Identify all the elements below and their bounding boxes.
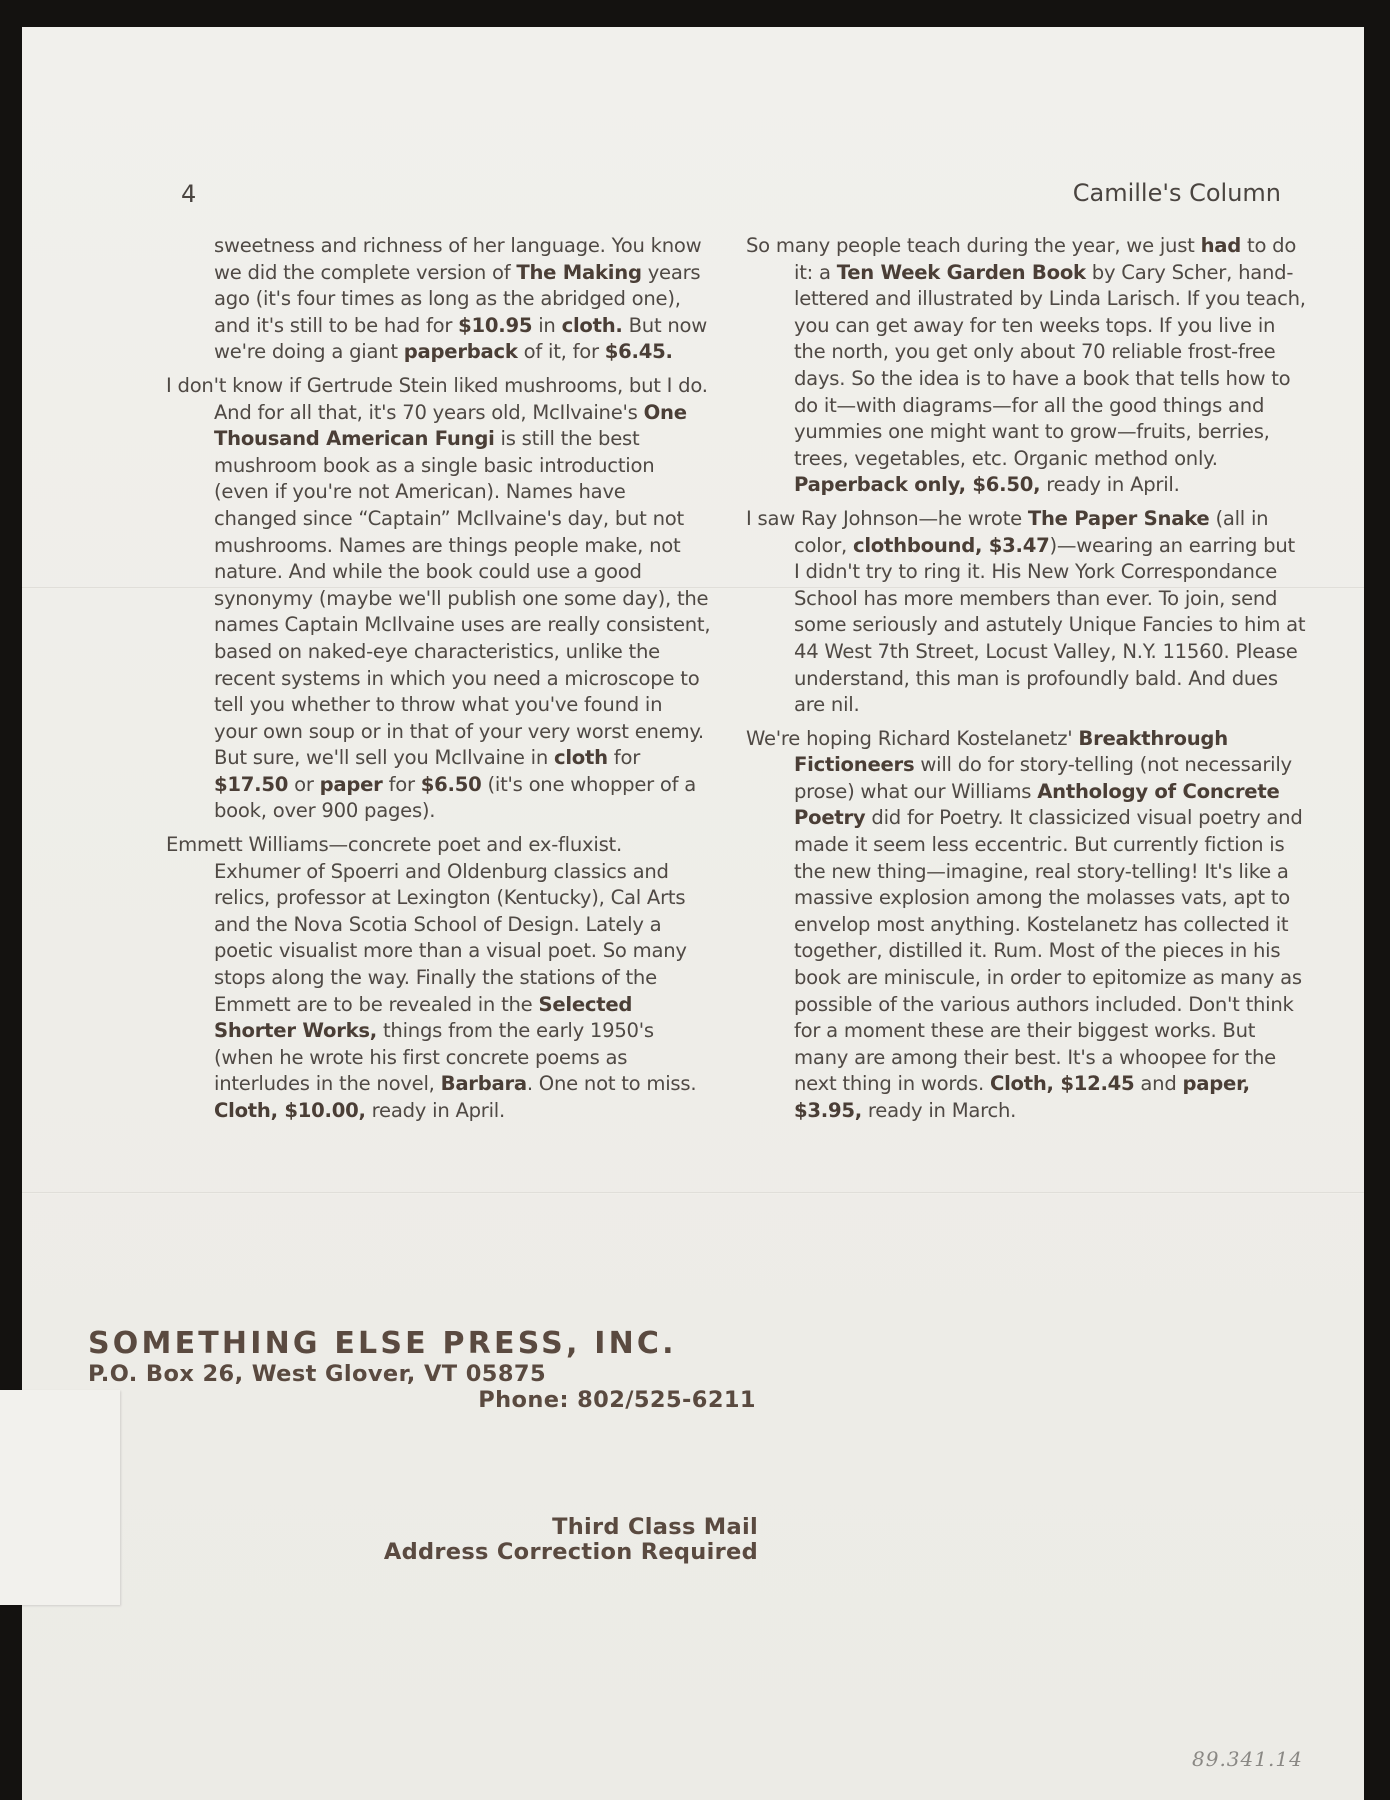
bold-title: paper [320, 773, 383, 796]
publisher-phone: Phone: 802/525-6211 [88, 1387, 756, 1413]
mailing-notice: Third Class Mail Address Correction Requ… [260, 1515, 758, 1565]
fold-crease-lower [22, 1192, 1364, 1194]
text-run: I don't know if Gertrude Stein liked mus… [166, 374, 708, 424]
text-run: )—wearing an earring but I didn't try to… [794, 534, 1305, 717]
text-run: for [608, 746, 640, 769]
bold-title: paperback [404, 340, 518, 363]
bold-title: Ten Week Garden Book [837, 261, 1086, 284]
text-run: or [288, 773, 320, 796]
text-run: for [383, 773, 421, 796]
article-paragraph: We're hoping Richard Kostelanetz' Breakt… [746, 726, 1306, 1125]
text-run: by Cary Scher, hand-lettered and illustr… [794, 261, 1306, 470]
text-run: in [532, 314, 561, 337]
article-paragraph: I don't know if Gertrude Stein liked mus… [166, 373, 711, 825]
bold-title: $6.50 [421, 773, 482, 796]
text-run: ready in March. [862, 1099, 1016, 1122]
article-paragraph: I saw Ray Johnson—he wrote The Paper Sna… [746, 506, 1306, 719]
running-head: Camille's Column [1073, 179, 1281, 207]
bold-title: The Paper Snake [1028, 507, 1210, 530]
bold-title: $6.45. [605, 340, 673, 363]
mail-class: Third Class Mail [260, 1515, 758, 1540]
address-correction: Address Correction Required [260, 1540, 758, 1565]
article-paragraph: Emmett Williams—concrete poet and ex-flu… [166, 832, 711, 1125]
publisher-address: P.O. Box 26, West Glover, VT 05875 [88, 1361, 756, 1387]
accession-number: 89.341.14 [1192, 1747, 1303, 1771]
bold-title: $10.95 [458, 314, 532, 337]
left-column: sweetness and richness of her language. … [166, 233, 711, 1132]
text-run: of it, for [518, 340, 605, 363]
text-run: Emmett Williams—concrete poet and ex-flu… [166, 833, 687, 1016]
bold-title: Cloth, $10.00, [214, 1099, 366, 1122]
bold-title: cloth. [562, 314, 623, 337]
bold-title: Barbara [441, 1072, 527, 1095]
bold-title: Cloth, $12.45 [990, 1072, 1135, 1095]
bold-title: $17.50 [214, 773, 288, 796]
article-paragraph: So many people teach during the year, we… [746, 233, 1306, 499]
publisher-block: SOMETHING ELSE PRESS, INC. P.O. Box 26, … [88, 1327, 756, 1413]
bold-title: had [1201, 234, 1241, 257]
article-paragraph: sweetness and richness of her language. … [166, 233, 711, 366]
text-run: . One not to miss. [527, 1072, 696, 1095]
text-run: So many people teach during the year, we… [746, 234, 1201, 257]
text-run: is still the best mushroom book as a sin… [214, 427, 710, 769]
publisher-name: SOMETHING ELSE PRESS, INC. [88, 1327, 756, 1361]
bold-title: cloth [554, 746, 608, 769]
right-column: So many people teach during the year, we… [746, 233, 1306, 1132]
text-run: ready in April. [366, 1099, 505, 1122]
text-run: ready in April. [1040, 473, 1179, 496]
text-run: and [1134, 1072, 1182, 1095]
text-run: I saw Ray Johnson—he wrote [746, 507, 1028, 530]
text-run: We're hoping Richard Kostelanetz' [746, 727, 1078, 750]
archival-tape [0, 1390, 120, 1605]
bold-title: clothbound, $3.47 [853, 534, 1050, 557]
text-run: did for Poetry. It classicized visual po… [794, 806, 1303, 1095]
bold-title: Paperback only, $6.50, [794, 473, 1040, 496]
page-number: 4 [181, 180, 196, 208]
bold-title: The Making [516, 261, 641, 284]
